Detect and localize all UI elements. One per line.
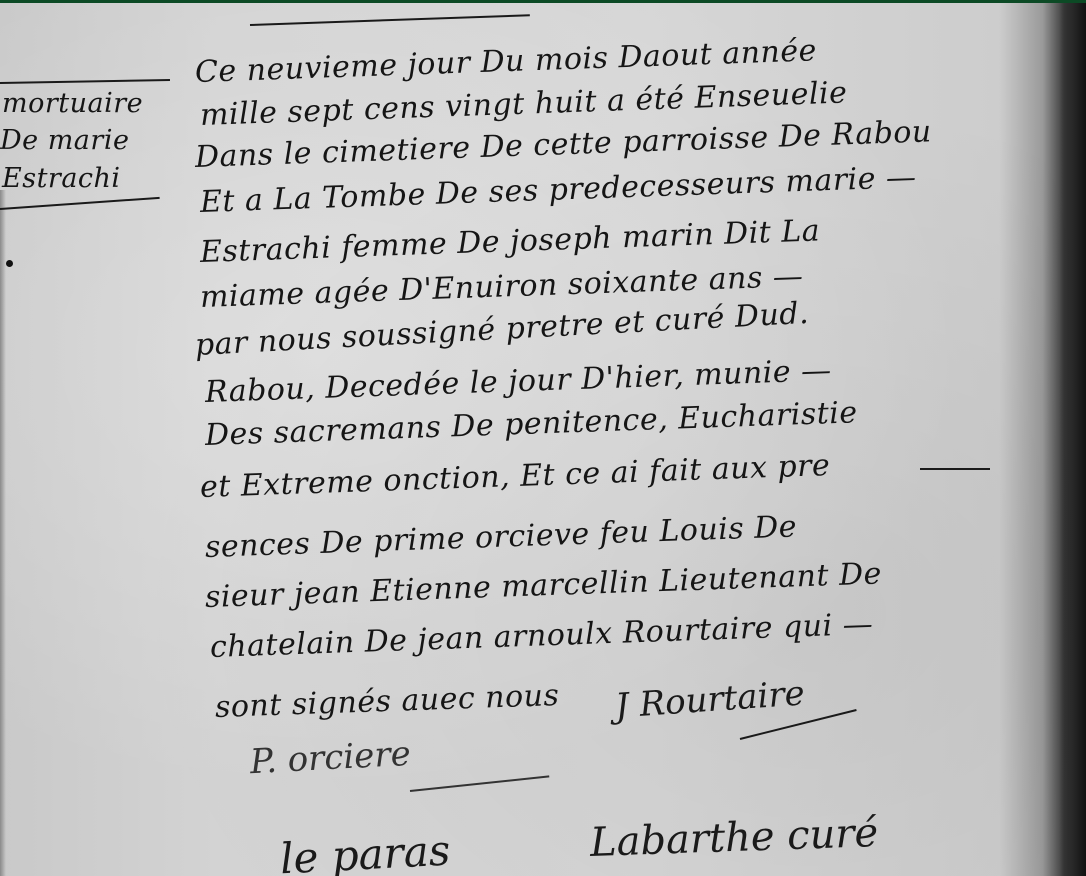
margin-note-line-1: mortuaire (2, 88, 143, 119)
margin-note-line-2: De marie (0, 125, 129, 156)
signature-paras: le paras (279, 826, 452, 876)
book-spine-shadow (1060, 3, 1086, 876)
left-page-edge (0, 190, 6, 876)
signature-orciere: P. orciere (249, 734, 412, 782)
margin-note-line-3: Estrachi (2, 163, 121, 194)
ink-dot (6, 260, 13, 267)
line-end-dash (920, 468, 990, 470)
